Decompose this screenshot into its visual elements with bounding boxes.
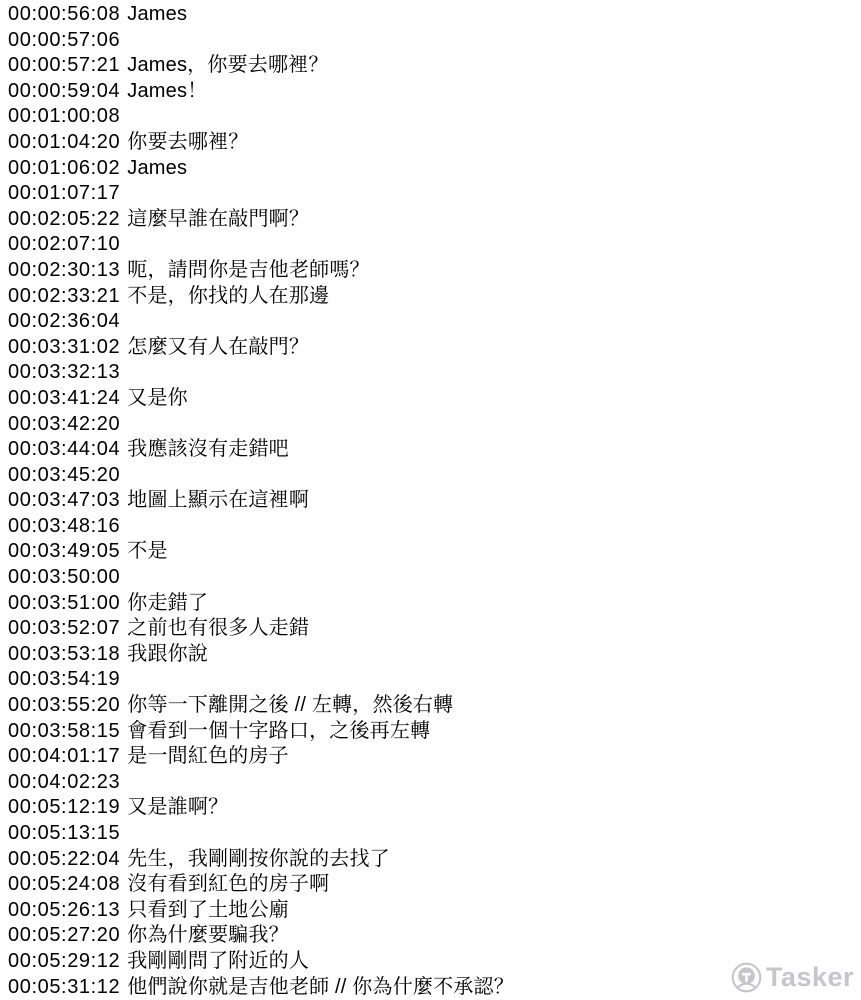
transcript-line: 00:05:26:13只看到了土地公廟	[8, 898, 861, 924]
timecode: 00:05:13:15	[8, 822, 120, 844]
line-text: 又是誰啊？	[127, 796, 228, 818]
timecode: 00:00:56:08	[8, 3, 120, 25]
transcript-line: 00:03:58:15會看到一個十字路口，之後再左轉	[8, 719, 861, 745]
timecode: 00:04:01:17	[8, 745, 120, 767]
transcript-line: 00:02:33:21不是，你找的人在那邊	[8, 284, 861, 310]
transcript-line: 00:05:24:08沒有看到紅色的房子啊	[8, 872, 861, 898]
transcript-line: 00:03:53:18我跟你說	[8, 642, 861, 668]
timecode: 00:03:41:24	[8, 387, 120, 409]
line-text: 你等一下離開之後 // 左轉，然後右轉	[127, 694, 453, 716]
line-text: 不是，你找的人在那邊	[127, 285, 329, 307]
line-text: 我跟你說	[127, 643, 208, 665]
line-text: 他們說你就是吉他老師 // 你為什麼不承認？	[127, 976, 514, 998]
timecode: 00:01:06:02	[8, 157, 120, 179]
transcript-line: 00:00:56:08James	[8, 2, 861, 28]
watermark: Tasker	[731, 962, 854, 993]
timecode: 00:03:55:20	[8, 694, 120, 716]
line-text: 地圖上顯示在這裡啊	[127, 489, 309, 511]
timecode: 00:02:30:13	[8, 259, 120, 281]
timecode: 00:03:52:07	[8, 617, 120, 639]
timecode: 00:03:44:04	[8, 438, 120, 460]
line-text: 沒有看到紅色的房子啊	[127, 873, 329, 895]
transcript-line: 00:02:36:04	[8, 309, 861, 335]
transcript-line: 00:00:57:06	[8, 28, 861, 54]
timecode: 00:03:42:20	[8, 413, 120, 435]
timecode: 00:02:07:10	[8, 233, 120, 255]
line-text: James	[127, 157, 187, 179]
transcript-line: 00:01:07:17	[8, 181, 861, 207]
line-text: 呃，請問你是吉他老師嗎？	[127, 259, 369, 281]
timecode: 00:00:57:21	[8, 54, 120, 76]
timecode: 00:05:27:20	[8, 924, 120, 946]
line-text: James！	[127, 80, 207, 102]
timecode: 00:05:26:13	[8, 899, 120, 921]
timecode: 00:03:58:15	[8, 720, 120, 742]
transcript-line: 00:03:45:20	[8, 463, 861, 489]
transcript-line: 00:05:13:15	[8, 821, 861, 847]
transcript: 00:00:56:08James00:00:57:0600:00:57:21Ja…	[8, 2, 861, 1000]
line-text: 這麼早誰在敲門啊？	[127, 208, 309, 230]
timecode: 00:02:05:22	[8, 208, 120, 230]
line-text: James，你要去哪裡？	[127, 54, 328, 76]
timecode: 00:05:24:08	[8, 873, 120, 895]
timecode: 00:01:07:17	[8, 182, 120, 204]
line-text: 你走錯了	[127, 592, 208, 614]
timecode: 00:01:00:08	[8, 105, 120, 127]
line-text: James	[127, 3, 187, 25]
subtitle-transcript-page: 00:00:56:08James00:00:57:0600:00:57:21Ja…	[0, 0, 861, 1000]
transcript-line: 00:03:42:20	[8, 412, 861, 438]
transcript-line: 00:03:48:16	[8, 514, 861, 540]
timecode: 00:03:54:19	[8, 668, 120, 690]
timecode: 00:00:57:06	[8, 29, 120, 51]
timecode: 00:03:47:03	[8, 489, 120, 511]
timecode: 00:03:50:00	[8, 566, 120, 588]
timecode: 00:03:45:20	[8, 464, 120, 486]
transcript-line: 00:01:04:20你要去哪裡？	[8, 130, 861, 156]
line-text: 你要去哪裡？	[127, 131, 248, 153]
transcript-line: 00:04:01:17是一間紅色的房子	[8, 744, 861, 770]
timecode: 00:03:51:00	[8, 592, 120, 614]
transcript-line: 00:05:22:04先生，我剛剛按你說的去找了	[8, 847, 861, 873]
timecode: 00:01:04:20	[8, 131, 120, 153]
line-text: 你為什麼要騙我？	[127, 924, 289, 946]
transcript-line: 00:03:49:05不是	[8, 539, 861, 565]
transcript-line: 00:04:02:23	[8, 770, 861, 796]
transcript-line: 00:03:55:20你等一下離開之後 // 左轉，然後右轉	[8, 693, 861, 719]
line-text: 不是	[127, 540, 167, 562]
line-text: 先生，我剛剛按你說的去找了	[127, 848, 390, 870]
timecode: 00:03:53:18	[8, 643, 120, 665]
timecode: 00:05:22:04	[8, 848, 120, 870]
timecode: 00:02:33:21	[8, 285, 120, 307]
line-text: 只看到了土地公廟	[127, 899, 289, 921]
watermark-label: Tasker	[766, 962, 854, 993]
transcript-line: 00:05:27:20你為什麼要騙我？	[8, 923, 861, 949]
line-text: 我剛剛問了附近的人	[127, 950, 309, 972]
timecode: 00:00:59:04	[8, 80, 120, 102]
line-text: 怎麼又有人在敲門？	[127, 336, 309, 358]
tasker-logo-icon	[731, 962, 762, 993]
transcript-line: 00:03:54:19	[8, 667, 861, 693]
line-text: 是一間紅色的房子	[127, 745, 289, 767]
line-text: 我應該沒有走錯吧	[127, 438, 289, 460]
timecode: 00:03:32:13	[8, 361, 120, 383]
transcript-line: 00:05:12:19又是誰啊？	[8, 795, 861, 821]
transcript-line: 00:00:59:04James！	[8, 79, 861, 105]
transcript-line: 00:03:50:00	[8, 565, 861, 591]
transcript-line: 00:03:31:02怎麼又有人在敲門？	[8, 335, 861, 361]
timecode: 00:03:48:16	[8, 515, 120, 537]
transcript-line: 00:03:44:04我應該沒有走錯吧	[8, 437, 861, 463]
line-text: 又是你	[127, 387, 188, 409]
transcript-line: 00:02:30:13呃，請問你是吉他老師嗎？	[8, 258, 861, 284]
transcript-line: 00:02:05:22這麼早誰在敲門啊？	[8, 207, 861, 233]
transcript-line: 00:03:52:07之前也有很多人走錯	[8, 616, 861, 642]
timecode: 00:05:12:19	[8, 796, 120, 818]
line-text: 之前也有很多人走錯	[127, 617, 309, 639]
timecode: 00:05:31:12	[8, 976, 120, 998]
transcript-line: 00:01:00:08	[8, 104, 861, 130]
timecode: 00:03:31:02	[8, 336, 120, 358]
timecode: 00:03:49:05	[8, 540, 120, 562]
timecode: 00:05:29:12	[8, 950, 120, 972]
transcript-line: 00:03:51:00你走錯了	[8, 591, 861, 617]
transcript-line: 00:00:57:21James，你要去哪裡？	[8, 53, 861, 79]
line-text: 會看到一個十字路口，之後再左轉	[127, 720, 430, 742]
transcript-line: 00:03:47:03地圖上顯示在這裡啊	[8, 488, 861, 514]
transcript-line: 00:03:32:13	[8, 360, 861, 386]
transcript-line: 00:02:07:10	[8, 232, 861, 258]
transcript-line: 00:03:41:24又是你	[8, 386, 861, 412]
transcript-line: 00:01:06:02James	[8, 156, 861, 182]
timecode: 00:02:36:04	[8, 310, 120, 332]
timecode: 00:04:02:23	[8, 771, 120, 793]
